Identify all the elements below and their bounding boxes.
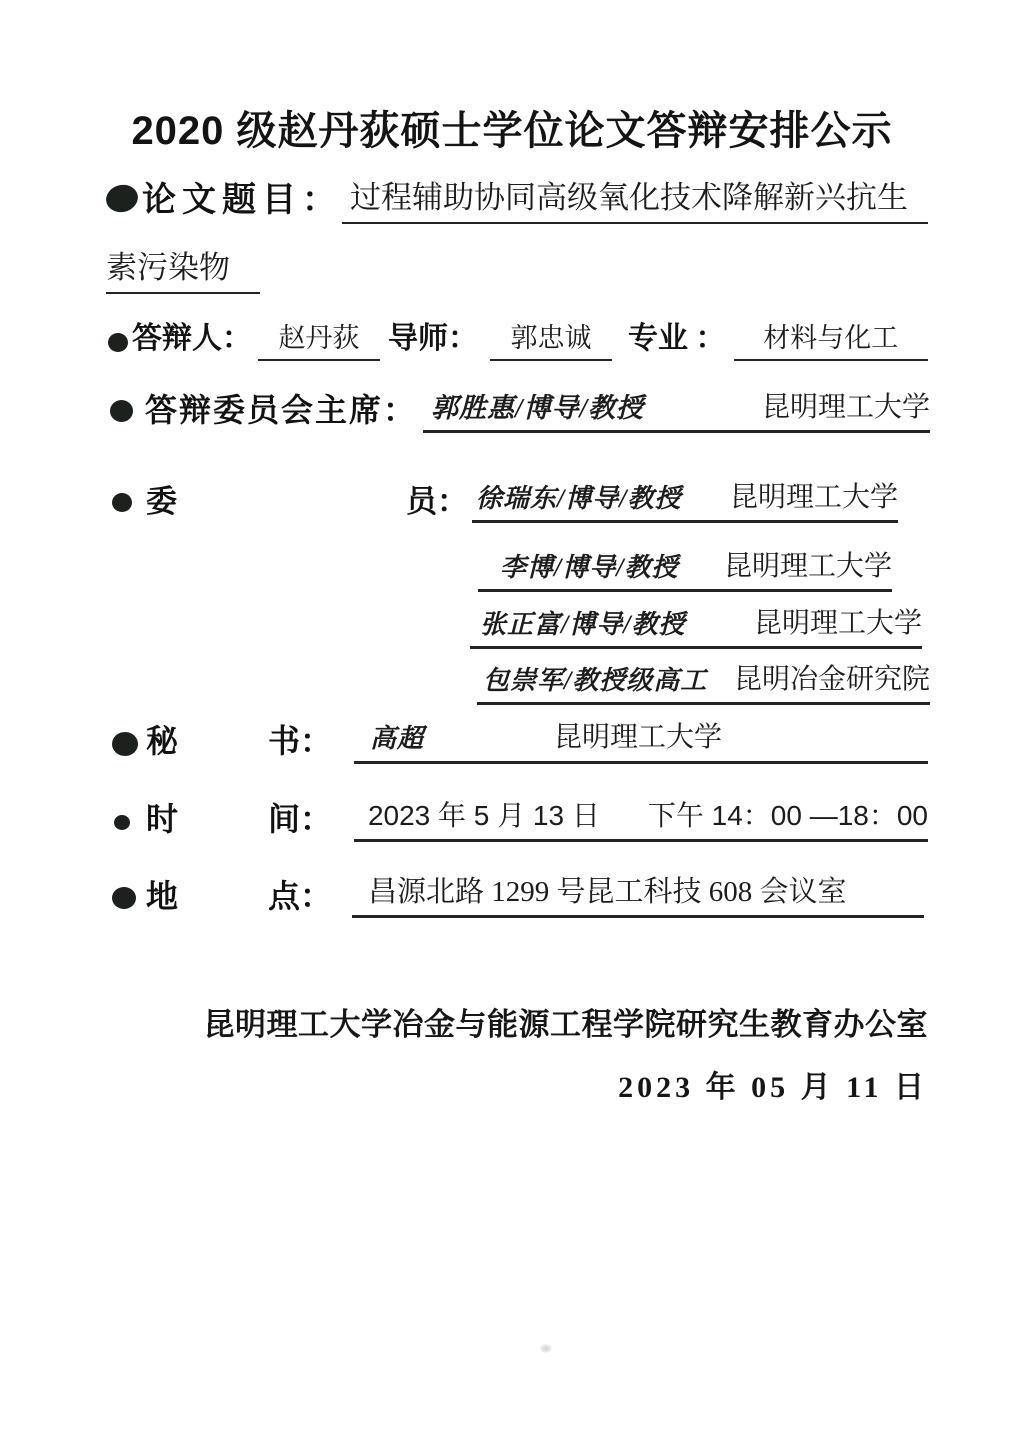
- bullet-icon: [110, 400, 133, 422]
- time-date: 2023 年 5 月 13 日: [368, 800, 600, 832]
- footer-date: 2023 年 05 月 11 日: [618, 1070, 928, 1106]
- location-value: 昌源北路 1299 号昆工科技 608 会议室: [368, 876, 847, 909]
- committee-member-row: 委 员： 徐瑞东/博导/教授 昆明理工大学: [112, 482, 898, 523]
- bullet-icon: [112, 493, 132, 512]
- major-value: 材料与化工: [763, 323, 898, 353]
- bullet-icon: [112, 732, 138, 756]
- thesis-title-row: 论文题目： 过程辅助协同高级氧化技术降解新兴抗生: [106, 180, 928, 224]
- announcement-document: 2020 级赵丹荻硕士学位论文答辩安排公示 论文题目： 过程辅助协同高级氧化技术…: [0, 0, 1024, 1448]
- member-name: 张正富/博导/教授: [480, 610, 685, 640]
- member-affiliation: 昆明理工大学: [754, 608, 922, 640]
- defender-name: 赵丹荻: [279, 323, 360, 353]
- chair-label: 答辩委员会主席：: [145, 392, 417, 433]
- chair-name: 郭胜惠/博导/教授: [431, 393, 644, 424]
- member-affiliation: 昆明冶金研究院: [734, 664, 930, 696]
- time-range: 下午 14：00 —18：00: [648, 800, 928, 832]
- secretary-row: 秘 书： 高超 昆明理工大学: [112, 722, 928, 764]
- secretary-label-char2: 书：: [268, 723, 332, 760]
- page-title: 2020 级赵丹荻硕士学位论文答辩安排公示: [0, 108, 1024, 154]
- defender-label: 答辩人：: [132, 322, 252, 361]
- thesis-title-wrap-row: 素污染物: [106, 250, 260, 294]
- secretary-label-char1: 秘: [146, 723, 178, 760]
- defender-row: 答辩人： 赵丹荻 导师： 郭忠诚 专业 ： 材料与化工: [108, 322, 928, 361]
- time-label-char1: 时: [146, 801, 178, 838]
- secretary-name: 高超: [370, 724, 424, 754]
- thesis-title-value-line2: 素污染物: [106, 250, 230, 286]
- bullet-icon: [103, 181, 141, 215]
- thesis-title-label: 论文题目：: [142, 181, 342, 224]
- advisor-name: 郭忠诚: [511, 323, 592, 353]
- member-name: 李博/博导/教授: [500, 553, 678, 583]
- major-label: 专业 ：: [628, 322, 726, 361]
- committee-label-char2: 员：: [406, 484, 468, 520]
- member-affiliation: 昆明理工大学: [730, 482, 898, 514]
- committee-member-row: 张正富/博导/教授 昆明理工大学: [470, 608, 922, 649]
- chair-affiliation: 昆明理工大学: [762, 392, 930, 424]
- member-name: 包崇军/教授级高工: [483, 666, 707, 696]
- bullet-icon: [108, 333, 128, 352]
- bullet-icon: [114, 815, 130, 830]
- secretary-affiliation: 昆明理工大学: [554, 722, 722, 754]
- chair-row: 答辩委员会主席： 郭胜惠/博导/教授 昆明理工大学: [110, 392, 930, 433]
- advisor-label: 导师：: [388, 322, 478, 361]
- member-name: 徐瑞东/博导/教授: [476, 484, 681, 514]
- location-label-char2: 点：: [268, 878, 332, 915]
- footer-office: 昆明理工大学冶金与能源工程学院研究生教育办公室: [204, 1006, 929, 1043]
- bullet-icon: [112, 887, 136, 909]
- committee-member-row: 包崇军/教授级高工 昆明冶金研究院: [477, 664, 930, 705]
- member-affiliation: 昆明理工大学: [724, 551, 892, 583]
- location-row: 地 点： 昌源北路 1299 号昆工科技 608 会议室: [112, 876, 924, 918]
- thesis-title-value-line1: 过程辅助协同高级氧化技术降解新兴抗生: [350, 180, 908, 216]
- committee-member-row: 李博/博导/教授 昆明理工大学: [478, 551, 892, 592]
- time-label-char2: 间：: [268, 801, 332, 838]
- location-label-char1: 地: [146, 878, 178, 915]
- scan-artifact: [540, 1344, 552, 1353]
- time-row: 时 间： 2023 年 5 月 13 日 下午 14：00 —18：00: [114, 800, 928, 842]
- committee-label-char1: 委: [146, 484, 177, 520]
